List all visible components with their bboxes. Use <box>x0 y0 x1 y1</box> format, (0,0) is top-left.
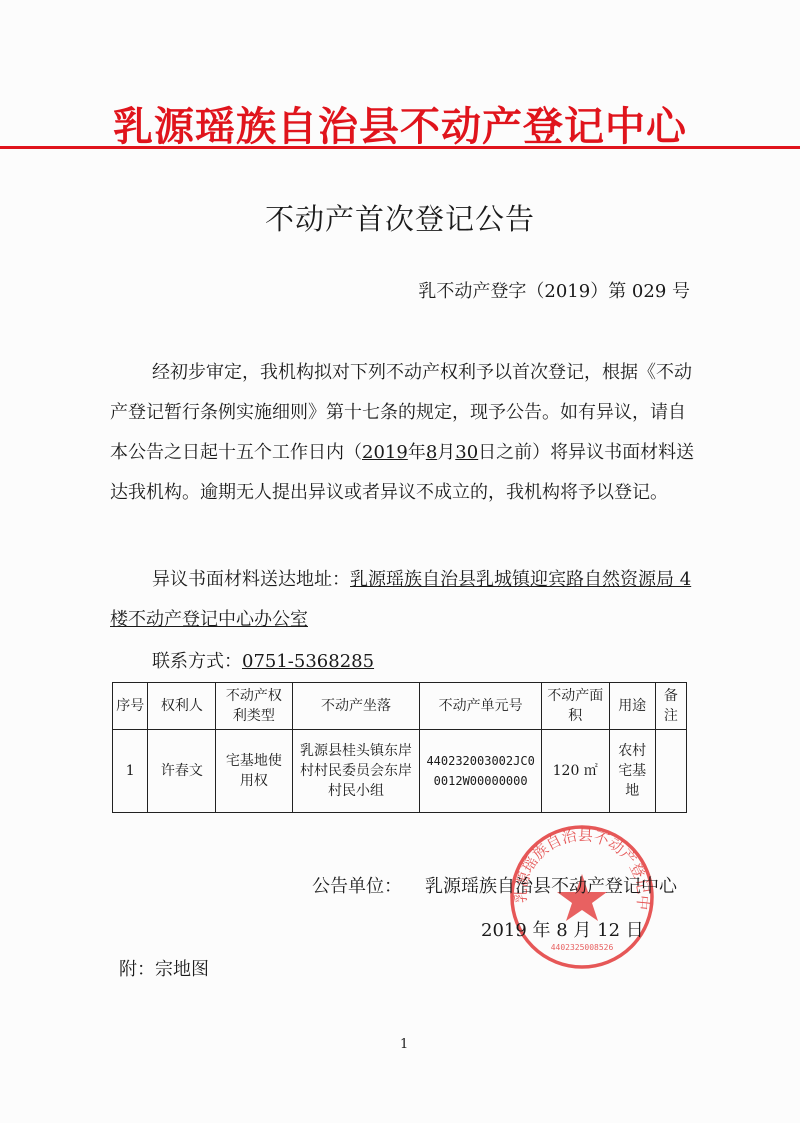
deadline-year: 2019 <box>362 442 408 463</box>
month-unit: 月 <box>437 442 455 463</box>
document-number: 乳不动产登字（2019）第 029 号 <box>418 277 690 303</box>
contact-label: 联系方式： <box>152 651 242 672</box>
notice-paragraph: 经初步审定，我机构拟对下列不动产权利予以首次登记，根据《不动产登记暂行条例实施细… <box>110 353 698 513</box>
col-owner: 权利人 <box>148 683 216 730</box>
issuer-name: 乳源瑶族自治县不动产登记中心 <box>425 872 677 898</box>
year-unit: 年 <box>408 442 426 463</box>
address-paragraph: 异议书面材料送达地址：乳源瑶族自治县乳城镇迎宾路自然资源局 4 楼不动产登记中心… <box>110 560 698 640</box>
deadline-day: 30 <box>455 442 478 463</box>
deadline-month: 8 <box>426 442 437 463</box>
col-index: 序号 <box>113 683 148 730</box>
cell-unit-number: 440232003002JC00012W00000000 <box>420 730 541 813</box>
col-unit-number: 不动产单元号 <box>420 683 541 730</box>
header-divider <box>0 146 800 149</box>
attachment-note: 附：宗地图 <box>119 955 209 981</box>
issue-date: 2019 年 8 月 12 日 <box>481 916 644 942</box>
col-area: 不动产面积 <box>541 683 609 730</box>
table-row: 1 许春文 宅基地使用权 乳源县桂头镇东岸村村民委员会东岸村民小组 440232… <box>113 730 687 813</box>
cell-location: 乳源县桂头镇东岸村村民委员会东岸村民小组 <box>292 730 420 813</box>
contact-line: 联系方式：0751-5368285 <box>152 647 374 673</box>
col-remark: 备注 <box>655 683 686 730</box>
cell-right-type: 宅基地使用权 <box>216 730 292 813</box>
cell-remark <box>655 730 686 813</box>
cell-index: 1 <box>113 730 148 813</box>
org-header-title: 乳源瑶族自治县不动产登记中心 <box>0 95 800 152</box>
cell-owner: 许春文 <box>148 730 216 813</box>
col-location: 不动产坐落 <box>292 683 420 730</box>
document-title: 不动产首次登记公告 <box>0 197 800 238</box>
issuer-label: 公告单位： <box>312 872 402 898</box>
svg-text:4402325008526: 4402325008526 <box>551 943 614 952</box>
registration-table: 序号 权利人 不动产权利类型 不动产坐落 不动产单元号 不动产面积 用途 备注 … <box>112 682 687 813</box>
page-number: 1 <box>400 1037 408 1052</box>
col-right-type: 不动产权利类型 <box>216 683 292 730</box>
col-usage: 用途 <box>609 683 655 730</box>
address-label: 异议书面材料送达地址： <box>152 569 350 590</box>
cell-area: 120 ㎡ <box>541 730 609 813</box>
table-header-row: 序号 权利人 不动产权利类型 不动产坐落 不动产单元号 不动产面积 用途 备注 <box>113 683 687 730</box>
contact-phone: 0751-5368285 <box>242 651 374 672</box>
cell-usage: 农村宅基地 <box>609 730 655 813</box>
